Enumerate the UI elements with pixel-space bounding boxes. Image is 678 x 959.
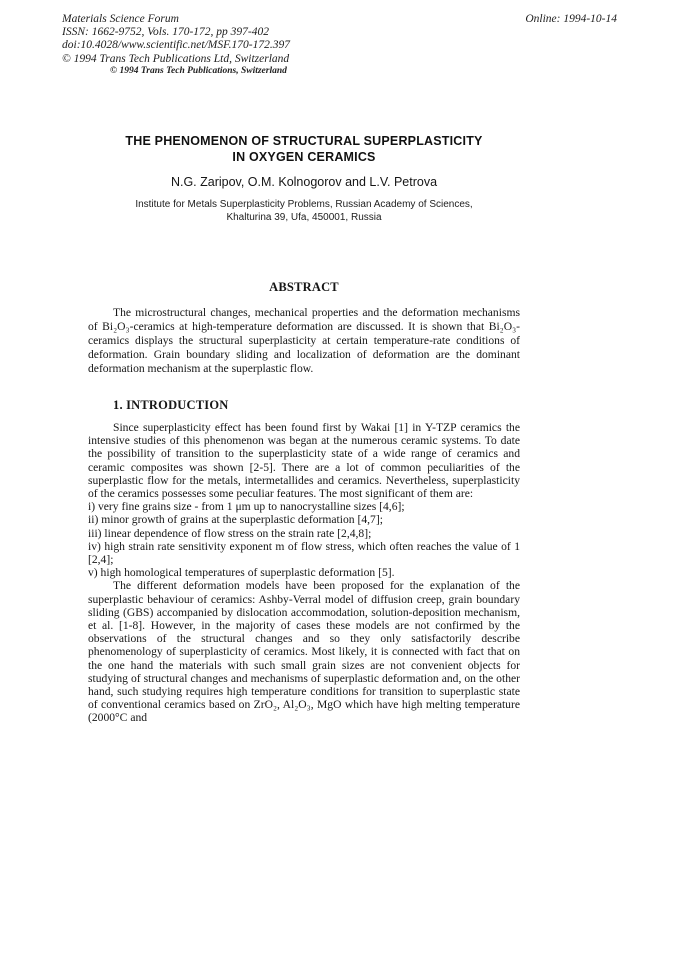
copyright-line: © 1994 Trans Tech Publications Ltd, Swit…	[62, 53, 290, 66]
introduction-body: Since superplasticity effect has been fo…	[88, 421, 520, 725]
paper-page: Materials Science Forum ISSN: 1662-9752,…	[0, 0, 678, 959]
article-title: THE PHENOMENON OF STRUCTURAL SUPERPLASTI…	[88, 133, 520, 165]
article-content: THE PHENOMENON OF STRUCTURAL SUPERPLASTI…	[88, 133, 520, 725]
doi-line: doi:10.4028/www.scientific.net/MSF.170-1…	[62, 39, 290, 52]
journal-metadata: Materials Science Forum ISSN: 1662-9752,…	[62, 13, 290, 66]
feature-item-ii: ii) minor growth of grains at the superp…	[88, 513, 520, 526]
journal-title: Materials Science Forum	[62, 13, 290, 26]
affiliation-line1: Institute for Metals Superplasticity Pro…	[88, 198, 520, 211]
article-title-line1: THE PHENOMENON OF STRUCTURAL SUPERPLASTI…	[88, 133, 520, 149]
copyright-stamp: © 1994 Trans Tech Publications, Switzerl…	[110, 66, 287, 76]
introduction-heading: 1. INTRODUCTION	[113, 398, 520, 413]
introduction-paragraph-2: The different deformation models have be…	[88, 579, 520, 724]
article-title-line2: IN OXYGEN CERAMICS	[88, 149, 520, 165]
abstract-text: The microstructural changes, mechanical …	[88, 306, 520, 376]
feature-item-iii: iii) linear dependence of flow stress on…	[88, 527, 520, 540]
introduction-paragraph-1: Since superplasticity effect has been fo…	[88, 421, 520, 500]
feature-item-i: i) very fine grains size - from 1 μm up …	[88, 500, 520, 513]
issn-line: ISSN: 1662-9752, Vols. 170-172, pp 397-4…	[62, 26, 290, 39]
feature-item-iv: iv) high strain rate sensitivity exponen…	[88, 540, 520, 566]
authors-line: N.G. Zaripov, O.M. Kolnogorov and L.V. P…	[88, 175, 520, 189]
abstract-heading: ABSTRACT	[88, 280, 520, 295]
feature-item-v: v) high homological temperatures of supe…	[88, 566, 520, 579]
affiliation-line2: Khalturina 39, Ufa, 450001, Russia	[88, 211, 520, 224]
affiliation: Institute for Metals Superplasticity Pro…	[88, 198, 520, 224]
online-date: Online: 1994-10-14	[525, 13, 617, 25]
